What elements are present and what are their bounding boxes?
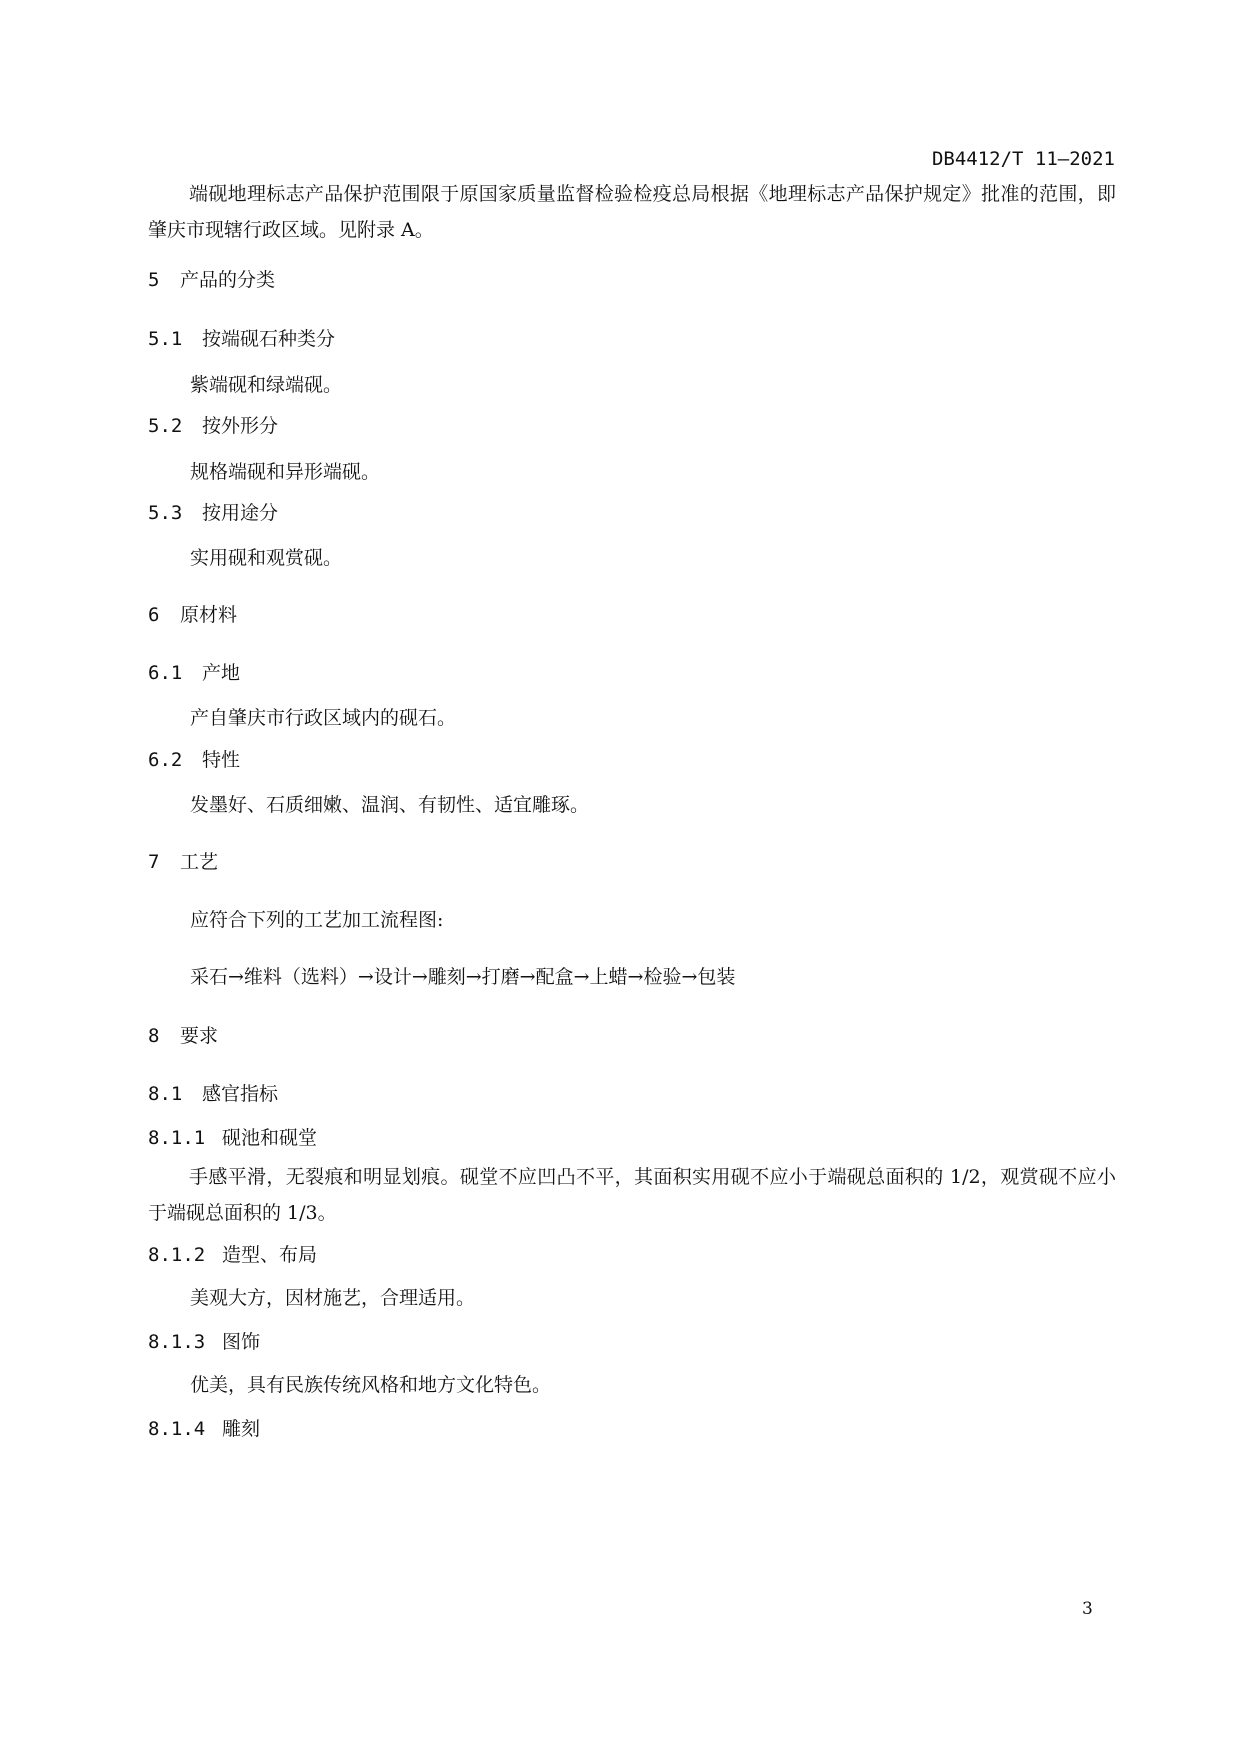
document-id: DB4412/T 11—2021 <box>932 148 1115 170</box>
section-number: 8.1.1 <box>148 1127 222 1149</box>
section-title: 特性 <box>202 749 240 771</box>
section-5-2-body: 规格端砚和异形端砚。 <box>190 457 380 484</box>
section-5-3-heading: 5.3按用途分 <box>148 498 278 525</box>
section-8-1-4-heading: 8.1.4雕刻 <box>148 1414 260 1441</box>
section-title: 产地 <box>202 662 240 684</box>
section-7-heading: 7工艺 <box>148 847 218 874</box>
section-title: 原材料 <box>180 604 237 626</box>
section-8-1-3-heading: 8.1.3图饰 <box>148 1327 260 1354</box>
section-number: 6 <box>148 604 180 626</box>
section-title: 按端砚石种类分 <box>202 328 335 350</box>
intro-paragraph: 端砚地理标志产品保护范围限于原国家质量监督检验检疫总局根据《地理标志产品保护规定… <box>148 176 1116 248</box>
section-title: 砚池和砚堂 <box>222 1127 317 1149</box>
section-5-heading: 5产品的分类 <box>148 265 275 292</box>
section-number: 5 <box>148 269 180 291</box>
section-title: 要求 <box>180 1025 218 1047</box>
section-6-heading: 6原材料 <box>148 600 237 627</box>
section-title: 造型、布局 <box>222 1244 317 1266</box>
section-number: 6.1 <box>148 662 202 684</box>
section-title: 按外形分 <box>202 415 278 437</box>
document-page: DB4412/T 11—2021 端砚地理标志产品保护范围限于原国家质量监督检验… <box>0 0 1240 1754</box>
section-title: 工艺 <box>180 851 218 873</box>
section-number: 5.2 <box>148 415 202 437</box>
section-6-1-body: 产自肇庆市行政区域内的砚石。 <box>190 703 456 730</box>
section-8-1-1-heading: 8.1.1砚池和砚堂 <box>148 1123 317 1150</box>
section-number: 6.2 <box>148 749 202 771</box>
section-number: 5.3 <box>148 502 202 524</box>
section-7-body: 应符合下列的工艺加工流程图: <box>190 905 443 932</box>
section-number: 5.1 <box>148 328 202 350</box>
page-number: 3 <box>1082 1599 1093 1619</box>
section-6-1-heading: 6.1产地 <box>148 658 240 685</box>
section-title: 图饰 <box>222 1331 260 1353</box>
section-8-1-3-body: 优美，具有民族传统风格和地方文化特色。 <box>190 1370 551 1397</box>
section-number: 7 <box>148 851 180 873</box>
section-8-1-2-heading: 8.1.2造型、布局 <box>148 1240 317 1267</box>
section-5-1-heading: 5.1按端砚石种类分 <box>148 324 335 351</box>
section-8-1-2-body: 美观大方，因材施艺，合理适用。 <box>190 1283 475 1310</box>
section-8-1-heading: 8.1感官指标 <box>148 1079 278 1106</box>
section-number: 8.1.4 <box>148 1418 222 1440</box>
section-8-heading: 8要求 <box>148 1021 218 1048</box>
section-number: 8.1.2 <box>148 1244 222 1266</box>
section-5-2-heading: 5.2按外形分 <box>148 411 278 438</box>
process-flow: 采石→维料（选料）→设计→雕刻→打磨→配盒→上蜡→检验→包装 <box>190 962 735 989</box>
section-number: 8.1.3 <box>148 1331 222 1353</box>
section-5-1-body: 紫端砚和绿端砚。 <box>190 370 342 397</box>
section-6-2-body: 发墨好、石质细嫩、温润、有韧性、适宜雕琢。 <box>190 790 589 817</box>
section-8-1-1-body: 手感平滑，无裂痕和明显划痕。砚堂不应凹凸不平，其面积实用砚不应小于端砚总面积的 … <box>148 1159 1116 1231</box>
section-6-2-heading: 6.2特性 <box>148 745 240 772</box>
section-number: 8 <box>148 1025 180 1047</box>
section-title: 雕刻 <box>222 1418 260 1440</box>
section-number: 8.1 <box>148 1083 202 1105</box>
section-title: 按用途分 <box>202 502 278 524</box>
section-title: 感官指标 <box>202 1083 278 1105</box>
section-title: 产品的分类 <box>180 269 275 291</box>
section-5-3-body: 实用砚和观赏砚。 <box>190 543 342 570</box>
